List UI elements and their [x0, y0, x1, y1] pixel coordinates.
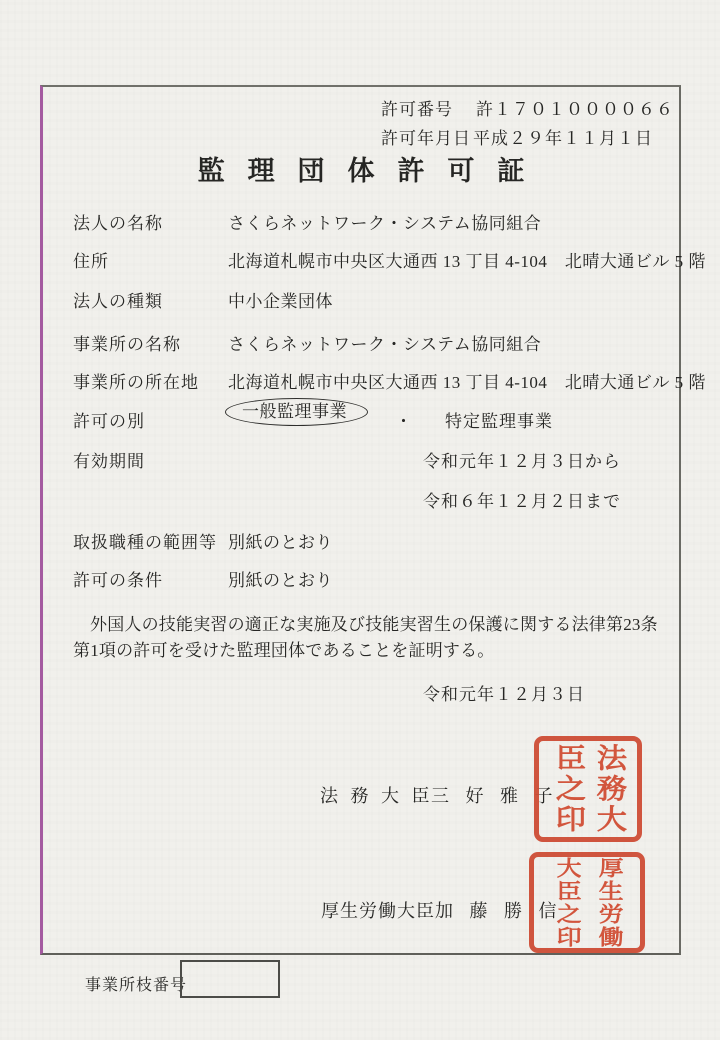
field-value: 北海道札幌市中央区大通西 13 丁目 4-104 北晴大通ビル 5 階: [228, 368, 706, 393]
field-value: 別紙のとおり: [228, 566, 333, 591]
field-label: 事業所の名称: [73, 330, 181, 355]
field-value: 北海道札幌市中央区大通西 13 丁目 4-104 北晴大通ビル 5 階: [228, 247, 706, 272]
validity-from: 令和元年１２月３日から: [423, 447, 621, 472]
permit-date-label: 許可年月日: [381, 124, 471, 149]
field-value: 中小企業団体: [228, 287, 333, 312]
seal-column: 大臣之印: [554, 856, 579, 948]
certificate-border-box: 許可番号 許１７０１００００６６ 許可年月日 平成２９年１１月１日 監理団体許可…: [40, 85, 681, 955]
permit-type-separator: ・: [395, 407, 412, 432]
justice-minister-seal-icon: 法務大 臣之印: [534, 736, 642, 842]
permit-type-other: 特定監理事業: [445, 407, 553, 432]
field-value: 別紙のとおり: [228, 528, 333, 553]
seal-column: 臣之印: [552, 743, 582, 835]
field-label: 有効期間: [73, 447, 145, 472]
permit-number-label: 許可番号: [381, 95, 453, 120]
permit-number-value: 許１７０１００００６６: [476, 95, 674, 120]
issue-date: 令和元年１２月３日: [423, 680, 585, 705]
field-label: 法人の名称: [73, 209, 163, 234]
validity-to: 令和６年１２月２日まで: [423, 487, 621, 512]
certification-statement: 外国人の技能実習の適正な実施及び技能実習生の保護に関する法律第23条第1項の許可…: [73, 612, 663, 664]
branch-number-box: [180, 960, 280, 998]
field-label: 取扱職種の範囲等: [73, 528, 217, 553]
field-label: 許可の条件: [73, 566, 163, 591]
field-label: 許可の別: [73, 407, 145, 432]
field-value: さくらネットワーク・システム協同組合: [228, 330, 541, 355]
seal-column: 法務大: [594, 743, 624, 835]
permit-type-selected-wrap: 一般監理事業: [225, 398, 368, 426]
document-title: 監理団体許可証: [43, 149, 679, 188]
permit-date-value: 平成２９年１１月１日: [473, 124, 653, 149]
minister-title: 厚生労働大臣: [321, 897, 435, 923]
seal-column: 厚生労働: [596, 856, 621, 948]
field-label: 法人の種類: [73, 287, 163, 312]
health-labour-minister-seal-icon: 厚生労働 大臣之印: [529, 852, 645, 953]
branch-number-label: 事業所枝番号: [85, 972, 187, 995]
field-label: 住所: [73, 247, 109, 272]
minister-title: 法 務 大 臣: [320, 782, 434, 808]
field-value: さくらネットワーク・システム協同組合: [228, 209, 541, 234]
selected-circle: 一般監理事業: [225, 398, 368, 426]
field-label: 事業所の所在地: [73, 368, 199, 393]
permit-type-selected: 一般監理事業: [242, 402, 347, 421]
